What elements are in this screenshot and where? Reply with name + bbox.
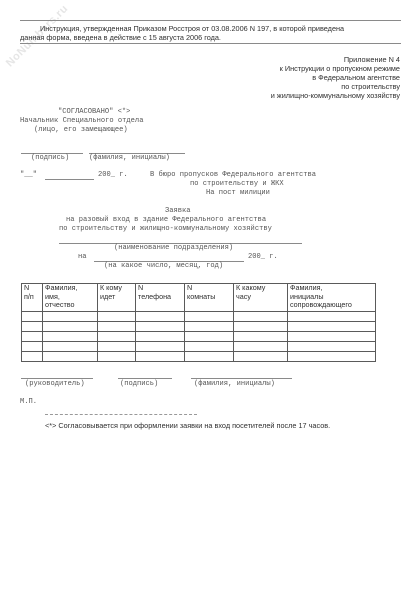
- appendix-line-4: по строительству: [200, 82, 400, 91]
- cell[interactable]: [234, 312, 288, 322]
- cell[interactable]: [98, 332, 136, 342]
- cell[interactable]: [43, 352, 98, 362]
- header-time: К какому часу: [234, 284, 288, 312]
- cell[interactable]: [22, 332, 43, 342]
- approval-signature-caption: (подпись): [31, 154, 69, 163]
- cell[interactable]: [136, 312, 185, 322]
- header-number: N п/п: [22, 284, 43, 312]
- date-year: 200_ г.: [98, 171, 128, 180]
- appendix-line-1: Приложение N 4: [200, 55, 400, 64]
- cell[interactable]: [185, 312, 234, 322]
- cell[interactable]: [43, 332, 98, 342]
- preamble-line-2: данная форма, введена в действие с 15 ав…: [20, 33, 221, 42]
- cell[interactable]: [234, 352, 288, 362]
- cell[interactable]: [43, 342, 98, 352]
- stamp-label: М.П.: [20, 398, 37, 407]
- request-line-2: по строительству и жилищно-коммунальному…: [59, 225, 272, 234]
- cell[interactable]: [98, 322, 136, 332]
- cell[interactable]: [43, 312, 98, 322]
- cell[interactable]: [136, 322, 185, 332]
- addressee-line-3: На пост милиции: [206, 189, 270, 198]
- header-full-name: Фамилия, имя, отчество: [43, 284, 98, 312]
- preamble-line-1: Инструкция, утвержденная Приказом Росстр…: [40, 24, 344, 33]
- cell[interactable]: [22, 352, 43, 362]
- approval-position: Начальник Специального отдела: [20, 117, 143, 126]
- date-day: "__": [20, 171, 37, 180]
- approval-title: "СОГЛАСОВАНО" <*>: [58, 108, 130, 117]
- cell[interactable]: [22, 342, 43, 352]
- on-label: на: [78, 253, 87, 262]
- top-rule: [20, 20, 401, 21]
- cell[interactable]: [185, 352, 234, 362]
- appendix-line-5: и жилищно-коммунальному хозяйству: [200, 91, 400, 100]
- cell[interactable]: [22, 322, 43, 332]
- request-line-1: на разовый вход в здание Федерального аг…: [66, 216, 266, 225]
- cell[interactable]: [288, 322, 376, 332]
- cell[interactable]: [234, 322, 288, 332]
- preamble-bottom-rule: [20, 43, 401, 44]
- date-month-line: [45, 179, 94, 180]
- cell[interactable]: [98, 312, 136, 322]
- cell[interactable]: [185, 332, 234, 342]
- addressee-line-2: по строительству и ЖКХ: [190, 180, 284, 189]
- signature-line: [118, 378, 172, 379]
- table-row: [22, 332, 376, 342]
- cell[interactable]: [234, 332, 288, 342]
- signature-caption: (подпись): [120, 380, 158, 389]
- footnote: <*> Согласовывается при оформлении заявк…: [45, 421, 330, 430]
- header-visiting-whom: К кому идет: [98, 284, 136, 312]
- head-line: [21, 378, 93, 379]
- approval-deputy: (лицо, его замещающее): [34, 126, 128, 135]
- cell[interactable]: [185, 322, 234, 332]
- table-row: [22, 322, 376, 332]
- date-caption: (на какое число, месяц, год): [104, 262, 223, 271]
- cell[interactable]: [22, 312, 43, 322]
- cell[interactable]: [136, 342, 185, 352]
- table-row: [22, 352, 376, 362]
- cell[interactable]: [288, 342, 376, 352]
- table-row: [22, 312, 376, 322]
- name-line: [191, 378, 292, 379]
- cell[interactable]: [43, 322, 98, 332]
- request-title: Заявка: [165, 207, 191, 216]
- request-year: 200_ г.: [248, 253, 278, 262]
- addressee-line-1: В бюро пропусков Федерального агентства: [150, 171, 316, 180]
- cell[interactable]: [136, 352, 185, 362]
- name-caption: (фамилия, инициалы): [194, 380, 275, 389]
- cell[interactable]: [288, 312, 376, 322]
- cell[interactable]: [234, 342, 288, 352]
- approval-name-caption: (фамилия, инициалы): [89, 154, 170, 163]
- cell[interactable]: [185, 342, 234, 352]
- dept-caption: (наименование подразделения): [114, 244, 233, 253]
- appendix-line-3: в Федеральном агентстве: [200, 73, 400, 82]
- head-caption: (руководитель): [25, 380, 85, 389]
- header-phone: N телефона: [136, 284, 185, 312]
- appendix-line-2: к Инструкции о пропускном режиме: [200, 64, 400, 73]
- cell[interactable]: [288, 332, 376, 342]
- table-header-row: N п/п Фамилия, имя, отчество К кому идет…: [22, 284, 376, 312]
- cell[interactable]: [288, 352, 376, 362]
- visitors-table: N п/п Фамилия, имя, отчество К кому идет…: [21, 283, 376, 362]
- header-room: N комнаты: [185, 284, 234, 312]
- table-row: [22, 342, 376, 352]
- footnote-separator: [45, 414, 197, 415]
- header-escort: Фамилия, инициалы сопровождающего: [288, 284, 376, 312]
- cell[interactable]: [98, 342, 136, 352]
- cell[interactable]: [136, 332, 185, 342]
- cell[interactable]: [98, 352, 136, 362]
